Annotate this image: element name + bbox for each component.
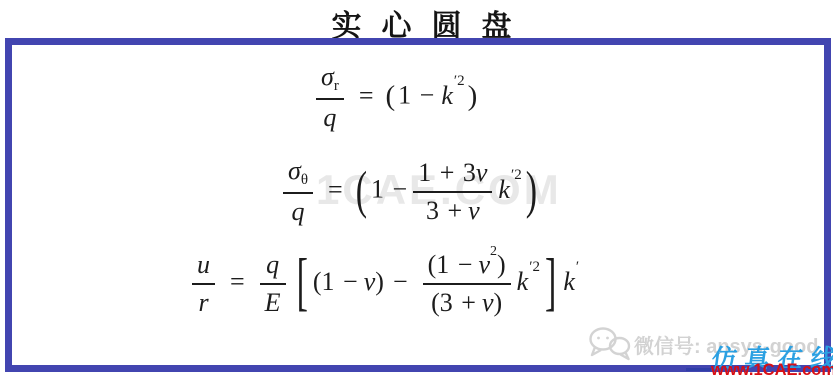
numerator: q xyxy=(260,250,286,283)
denominator: E xyxy=(260,283,286,318)
numerator: σr xyxy=(316,62,344,98)
equation-radial-stress: σrq=(1 −k′2) xyxy=(310,62,480,133)
var-sigma: σ xyxy=(321,62,334,91)
denominator: 3 +ν xyxy=(413,191,492,226)
term: 3 + xyxy=(426,196,462,225)
var-nu: ν xyxy=(482,288,494,317)
term: ) xyxy=(497,250,506,279)
var-u: u xyxy=(197,250,210,279)
term: ) xyxy=(493,288,502,317)
numerator: (1 −ν2) xyxy=(423,250,511,283)
big-open-bracket: [ xyxy=(297,252,308,317)
term: 1 − xyxy=(398,81,434,110)
var-k: k xyxy=(498,175,510,204)
term: 1 + 3 xyxy=(418,158,476,187)
inner-fraction: (1 −ν2)(3 +ν) xyxy=(423,250,511,318)
inner-fraction: 1 + 3ν3 +ν xyxy=(413,158,492,226)
subscript-r: r xyxy=(334,78,339,94)
numerator: σθ xyxy=(283,156,313,192)
var-sigma: σ xyxy=(288,156,301,185)
var-q: q xyxy=(323,103,336,132)
numerator: u xyxy=(192,250,215,283)
big-close-bracket: ] xyxy=(545,252,556,317)
term: (1 − xyxy=(428,250,473,279)
brand-underline xyxy=(686,368,711,371)
term: ) xyxy=(375,267,384,296)
k-prime-squared: k′2 xyxy=(441,81,464,110)
brand-url: www.1CAE.com xyxy=(711,361,833,380)
var-nu: ν xyxy=(468,196,480,225)
numerator: 1 + 3ν xyxy=(413,158,492,191)
term: (1 − xyxy=(313,267,358,296)
var-E: E xyxy=(265,288,281,317)
var-k: k xyxy=(441,81,453,110)
denominator: (3 +ν) xyxy=(423,283,511,318)
equals-sign: = xyxy=(328,175,343,204)
prime: ′ xyxy=(576,259,579,275)
var-nu: ν xyxy=(364,267,376,296)
k-prime-squared: k′2 xyxy=(498,175,521,204)
superscript: ′2 xyxy=(529,259,540,275)
term: 1 − xyxy=(371,175,407,204)
denominator: r xyxy=(192,283,215,318)
var-q: q xyxy=(292,197,305,226)
equation-hoop-stress: σθq=(1 −1 + 3ν3 +νk′2) xyxy=(277,156,541,227)
var-k: k xyxy=(563,267,575,296)
lhs-fraction: σθq xyxy=(283,156,313,227)
var-nu: ν xyxy=(476,158,488,187)
term: (3 + xyxy=(431,288,476,317)
subscript-theta: θ xyxy=(301,172,308,188)
lhs-fraction: ur xyxy=(192,250,215,318)
big-open-paren: ( xyxy=(356,165,367,218)
equation-displacement: ur=qE[(1 −ν)−(1 −ν2)(3 +ν)k′2]k′ xyxy=(186,250,579,318)
minus-sign: − xyxy=(393,267,408,296)
k-prime-squared: k′2 xyxy=(517,267,540,296)
var-k: k xyxy=(517,267,529,296)
var-q: q xyxy=(266,250,279,279)
open-paren: ( xyxy=(386,80,396,113)
equals-sign: = xyxy=(230,267,245,296)
superscript-2: 2 xyxy=(490,244,497,259)
denominator: q xyxy=(316,98,344,133)
equals-sign: = xyxy=(359,81,374,110)
superscript: ′2 xyxy=(511,167,522,183)
denominator: q xyxy=(283,192,313,227)
lhs-fraction: σrq xyxy=(316,62,344,133)
k-prime: k′ xyxy=(563,267,579,296)
big-close-paren: ) xyxy=(526,165,537,218)
coef-fraction: qE xyxy=(260,250,286,318)
document-page: 实心圆盘 1CAE.COM σrq=(1 −k′2) σθq=(1 −1 + 3… xyxy=(0,0,833,381)
var-nu: ν xyxy=(478,250,490,279)
close-paren: ) xyxy=(468,80,478,113)
superscript: ′2 xyxy=(454,73,465,89)
var-r: r xyxy=(198,288,208,317)
wechat-icon xyxy=(588,326,632,362)
